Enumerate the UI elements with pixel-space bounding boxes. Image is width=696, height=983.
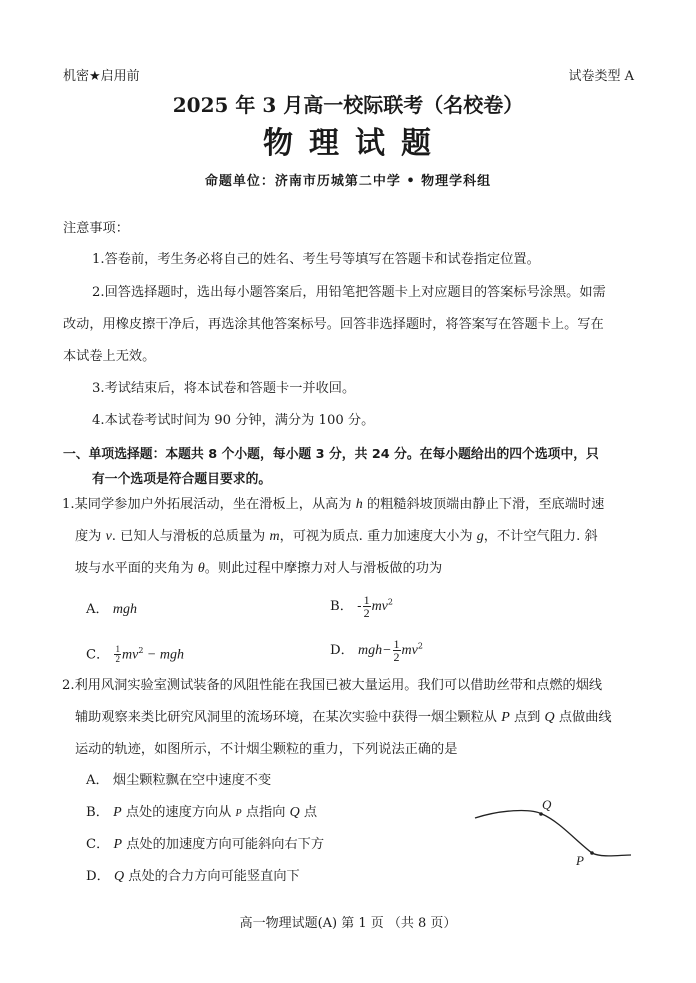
var-q: Q xyxy=(290,805,300,820)
option-label: D． xyxy=(330,643,354,658)
section-heading-line2: 有一个选项是符合题目要求的。 xyxy=(92,472,271,488)
exponent: 2 xyxy=(388,598,393,607)
var-m: m xyxy=(269,529,279,544)
var-theta: θ xyxy=(198,561,205,576)
fraction: 12 xyxy=(393,638,401,663)
subject-title: 物理试题 xyxy=(0,118,696,162)
option-text: 点 xyxy=(300,805,317,820)
option-label: D． xyxy=(86,869,110,884)
q2-line2: 辅助观察来类比研究风洞里的流场环境，在某次实验中获得一烟尘颗粒从 P 点到 Q … xyxy=(75,710,612,726)
q1-line3: 坡与水平面的夹角为 θ。则此过程中摩擦力对人与滑板做的功为 xyxy=(75,561,442,577)
var-p: P xyxy=(113,805,122,820)
frac-den: 2 xyxy=(115,655,120,664)
q1-text: 。则此过程中摩擦力对人与滑板做的功为 xyxy=(205,561,442,576)
trajectory-curve xyxy=(475,811,631,856)
paper-type-label: 试卷类型 A xyxy=(568,65,634,84)
option-label: B． xyxy=(330,599,353,614)
q2-option-d[interactable]: D． Q 点处的合力方向可能竖直向下 xyxy=(86,869,300,885)
option-label: C． xyxy=(86,837,109,852)
q2-option-b[interactable]: B． P 点处的速度方向从 P 点指向 Q 点 xyxy=(86,805,317,822)
q1-text: 1.某同学参加户外拓展活动，坐在滑板上，从高为 xyxy=(62,497,356,512)
exam-title: 2025 年 3 月高一校际联考（名校卷） xyxy=(0,89,696,118)
option-text: 点处的合力方向可能竖直向下 xyxy=(124,869,300,884)
q1-line2: 度为 v. 已知人与滑板的总质量为 m，可视为质点. 重力加速度大小为 g，不计… xyxy=(75,529,598,545)
point-q-label: Q xyxy=(542,797,552,812)
option-label: C． xyxy=(86,647,109,662)
q1-option-b[interactable]: B． -12mv2 xyxy=(330,594,393,619)
notice-item-2-cont: 改动，用橡皮擦干净后，再选涂其他答案标号。回答非选择题时，将答案写在答题卡上。写… xyxy=(63,317,604,333)
confidential-label: 机密★启用前 xyxy=(63,65,140,84)
frac-den: 2 xyxy=(394,651,400,663)
point-p-label: P xyxy=(575,853,584,868)
frac-den: 2 xyxy=(364,607,370,619)
var-p: P xyxy=(113,837,122,852)
q2-line3: 运动的轨迹，如图所示，不计烟尘颗粒的重力，下列说法正确的是 xyxy=(75,742,457,758)
option-expr-head: mgh− xyxy=(358,643,392,658)
option-text: 点指向 xyxy=(242,805,290,820)
trajectory-figure: Q P xyxy=(460,790,640,880)
page-footer: 高一物理试题(A) 第 1 页 （共 8 页） xyxy=(0,912,696,931)
setter-unit: 命题单位：济南市历城第二中学 • 物理学科组 xyxy=(0,170,696,189)
q2-text: 点到 xyxy=(510,710,545,725)
q2-option-c[interactable]: C． P 点处的加速度方向可能斜向右下方 xyxy=(86,837,324,853)
option-expr: mgh xyxy=(113,602,137,617)
point-p-marker xyxy=(590,851,594,855)
notice-item-3: 3.考试结束后，将本试卷和答题卡一并收回。 xyxy=(92,381,355,397)
notice-item-2-cont2: 本试卷上无效。 xyxy=(63,349,155,365)
option-label: A． xyxy=(86,602,109,617)
q1-text: 的粗糙斜坡顶端由静止下滑，至底端时速 xyxy=(363,497,605,512)
var-g: g xyxy=(477,529,484,544)
point-q-marker xyxy=(539,812,543,816)
q1-option-c[interactable]: C． 12mv2 − mgh xyxy=(86,643,184,664)
q1-option-d[interactable]: D． mgh−12mv2 xyxy=(330,638,423,663)
fraction: 12 xyxy=(363,594,371,619)
q1-text: ，不计空气阻力. 斜 xyxy=(484,529,598,544)
exponent: 2 xyxy=(418,642,423,651)
q1-text: . 已知人与滑板的总质量为 xyxy=(112,529,270,544)
option-expr: mv xyxy=(372,599,388,614)
q2-text: 点做曲线 xyxy=(555,710,612,725)
var-q: Q xyxy=(114,869,124,884)
section-heading-line1: 一、单项选择题：本题共 8 个小题，每小题 3 分，共 24 分。在每小题给出的… xyxy=(63,447,599,463)
var-q: Q xyxy=(545,710,555,725)
q1-option-a[interactable]: A． mgh xyxy=(86,602,137,618)
q2-option-a[interactable]: A． 烟尘颗粒飘在空中速度不变 xyxy=(86,773,271,789)
q1-text: 坡与水平面的夹角为 xyxy=(75,561,198,576)
q1-text: 度为 xyxy=(75,529,106,544)
var-h: h xyxy=(356,497,363,512)
q1-text: ，可视为质点. 重力加速度大小为 xyxy=(280,529,477,544)
option-text: 点处的速度方向从 xyxy=(122,805,236,820)
notice-item-4: 4.本试卷考试时间为 90 分钟，满分为 100 分。 xyxy=(92,413,374,429)
fraction: 12 xyxy=(114,645,121,664)
notice-item-2: 2.回答选择题时，选出每小题答案后，用铅笔把答题卡上对应题目的答案标号涂黑。如需 xyxy=(92,285,606,301)
option-sign: - xyxy=(357,599,361,614)
q2-line1: 2.利用风洞实验室测试装备的风阻性能在我国已被大量运用。我们可以借助丝带和点燃的… xyxy=(62,678,602,694)
option-text: 烟尘颗粒飘在空中速度不变 xyxy=(113,773,271,788)
option-expr-tail: − mgh xyxy=(143,647,184,662)
option-label: B． xyxy=(86,805,109,820)
var-p: P xyxy=(501,710,510,725)
option-text: 点处的加速度方向可能斜向右下方 xyxy=(122,837,324,852)
q1-line1: 1.某同学参加户外拓展活动，坐在滑板上，从高为 h 的粗糙斜坡顶端由静止下滑，至… xyxy=(62,497,604,513)
option-expr: mv xyxy=(402,643,418,658)
notice-heading: 注意事项： xyxy=(63,221,129,237)
option-expr: mv xyxy=(122,647,138,662)
q2-text: 辅助观察来类比研究风洞里的流场环境，在某次实验中获得一烟尘颗粒从 xyxy=(75,710,501,725)
option-label: A． xyxy=(86,773,109,788)
notice-item-1: 1.答卷前，考生务必将自己的姓名、考生号等填写在答题卡和试卷指定位置。 xyxy=(92,252,540,268)
